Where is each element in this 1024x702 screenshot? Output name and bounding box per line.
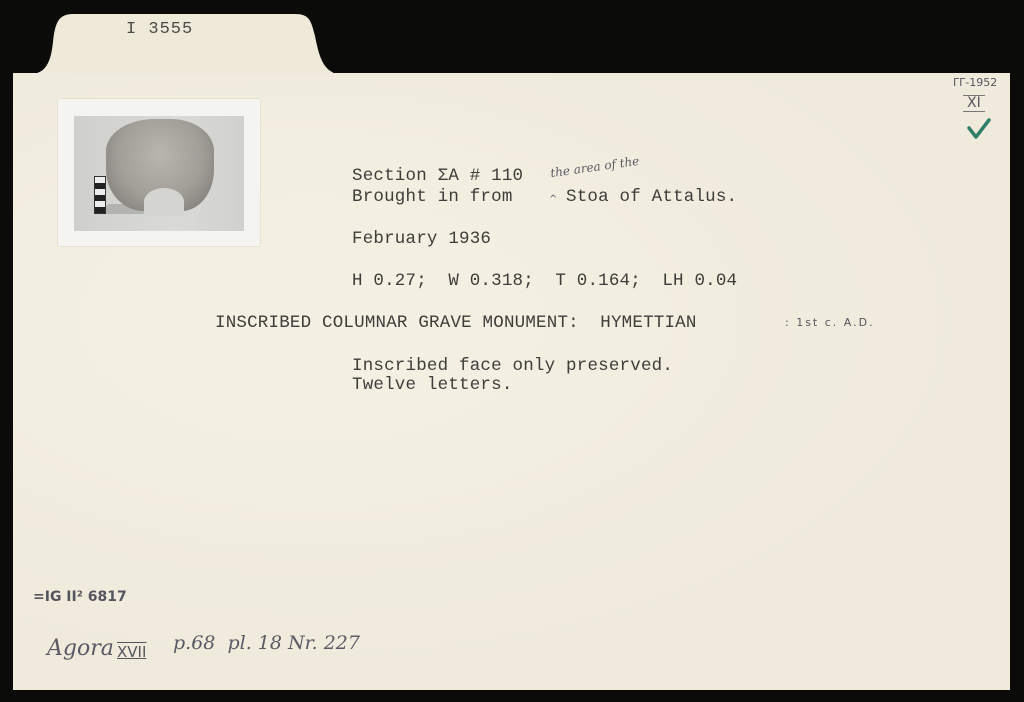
brought-from-prefix: Brought in from	[352, 187, 513, 207]
note-line-1: Inscribed face only preserved.	[352, 356, 673, 376]
catalog-number: I 3555	[126, 20, 193, 39]
section-line: Section ΣA # 110	[352, 166, 523, 186]
corner-reference: ΓΓ-1952	[953, 76, 997, 89]
brought-from-place: Stoa of Attalus.	[566, 187, 737, 207]
dating-note: : 1st c. A.D.	[785, 316, 875, 329]
dimensions-line: H 0.27; W 0.318; T 0.164; LH 0.04	[352, 271, 737, 291]
scale-bar	[94, 176, 106, 214]
description-line: INSCRIBED COLUMNAR GRAVE MONUMENT: HYMET…	[215, 313, 697, 333]
note-line-2: Twelve letters.	[352, 375, 513, 395]
ig-reference: =IG II² 6817	[33, 589, 127, 605]
object-photo	[58, 99, 260, 246]
insert-caret: ^	[549, 194, 557, 205]
corner-numeral: XI	[963, 95, 985, 112]
agora-reference: p.68 pl. 18 Nr. 227	[173, 632, 360, 654]
agora-volume: XVII	[117, 643, 146, 661]
checkmark-icon	[967, 118, 991, 140]
photo-image	[74, 116, 244, 231]
date-line: February 1936	[352, 229, 491, 249]
agora-prefix: Agora	[47, 636, 114, 661]
